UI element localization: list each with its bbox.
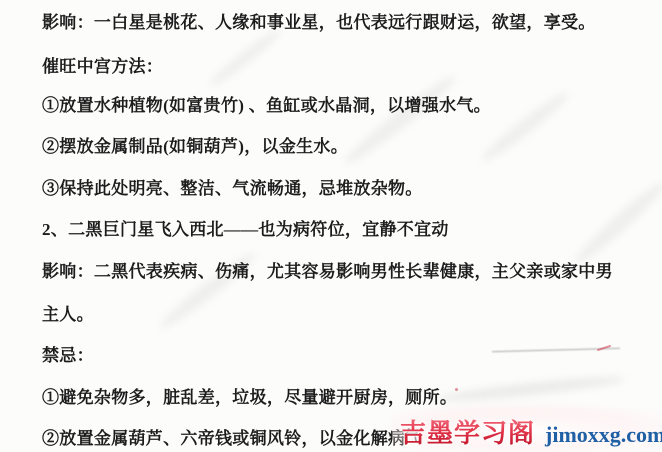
scan-artifact (477, 88, 572, 167)
text-line-taboo-heading: 禁忌： (42, 345, 94, 367)
text-line-influence-2: 影响：二黑代表疾病、伤痛，尤其容易影响男性长辈健康，主父亲或家中男 (42, 261, 613, 283)
scanned-document-page: 影响：一白星是桃花、人缘和事业星，也代表远行跟财运，欲望，享受。 催旺中宫方法：… (0, 0, 662, 452)
site-watermark: 吉墨学习阁 jimoxxg.com (400, 418, 662, 448)
text-line-taboo-1: ①避免杂物多，脏乱差，垃圾，尽量避开厨房，厕所。 (42, 387, 457, 409)
scan-artifact (570, 177, 662, 269)
site-url-watermark: jimoxxg.com (545, 422, 662, 448)
text-line-influence-2-wrap: 主人。 (42, 304, 94, 326)
text-line-influence-1: 影响：一白星是桃花、人缘和事业星，也代表远行跟财运，欲望，享受。 (42, 12, 596, 34)
text-line-method-3: ③保持此处明亮、整洁、气流畅通，忌堆放杂物。 (42, 178, 423, 200)
text-line-method-1: ①放置水种植物(如富贵竹) 、鱼缸或水晶洞，以增强水气。 (42, 95, 491, 117)
scan-artifact (340, 71, 460, 170)
scan-artifact (206, 26, 284, 91)
text-line-method-heading: 催旺中宫方法： (42, 56, 163, 78)
text-line-taboo-2: ②放置金属葫芦、六帝钱或铜风铃，以金化解病 (42, 428, 405, 450)
text-line-section-heading: 2、二黑巨门星飞入西北——也为病符位，宜静不宜动 (42, 219, 449, 241)
site-name-watermark: 吉墨学习阁 (400, 418, 535, 448)
text-line-method-2: ②摆放金属制品(如铜葫芦)，以金生水。 (42, 136, 348, 158)
